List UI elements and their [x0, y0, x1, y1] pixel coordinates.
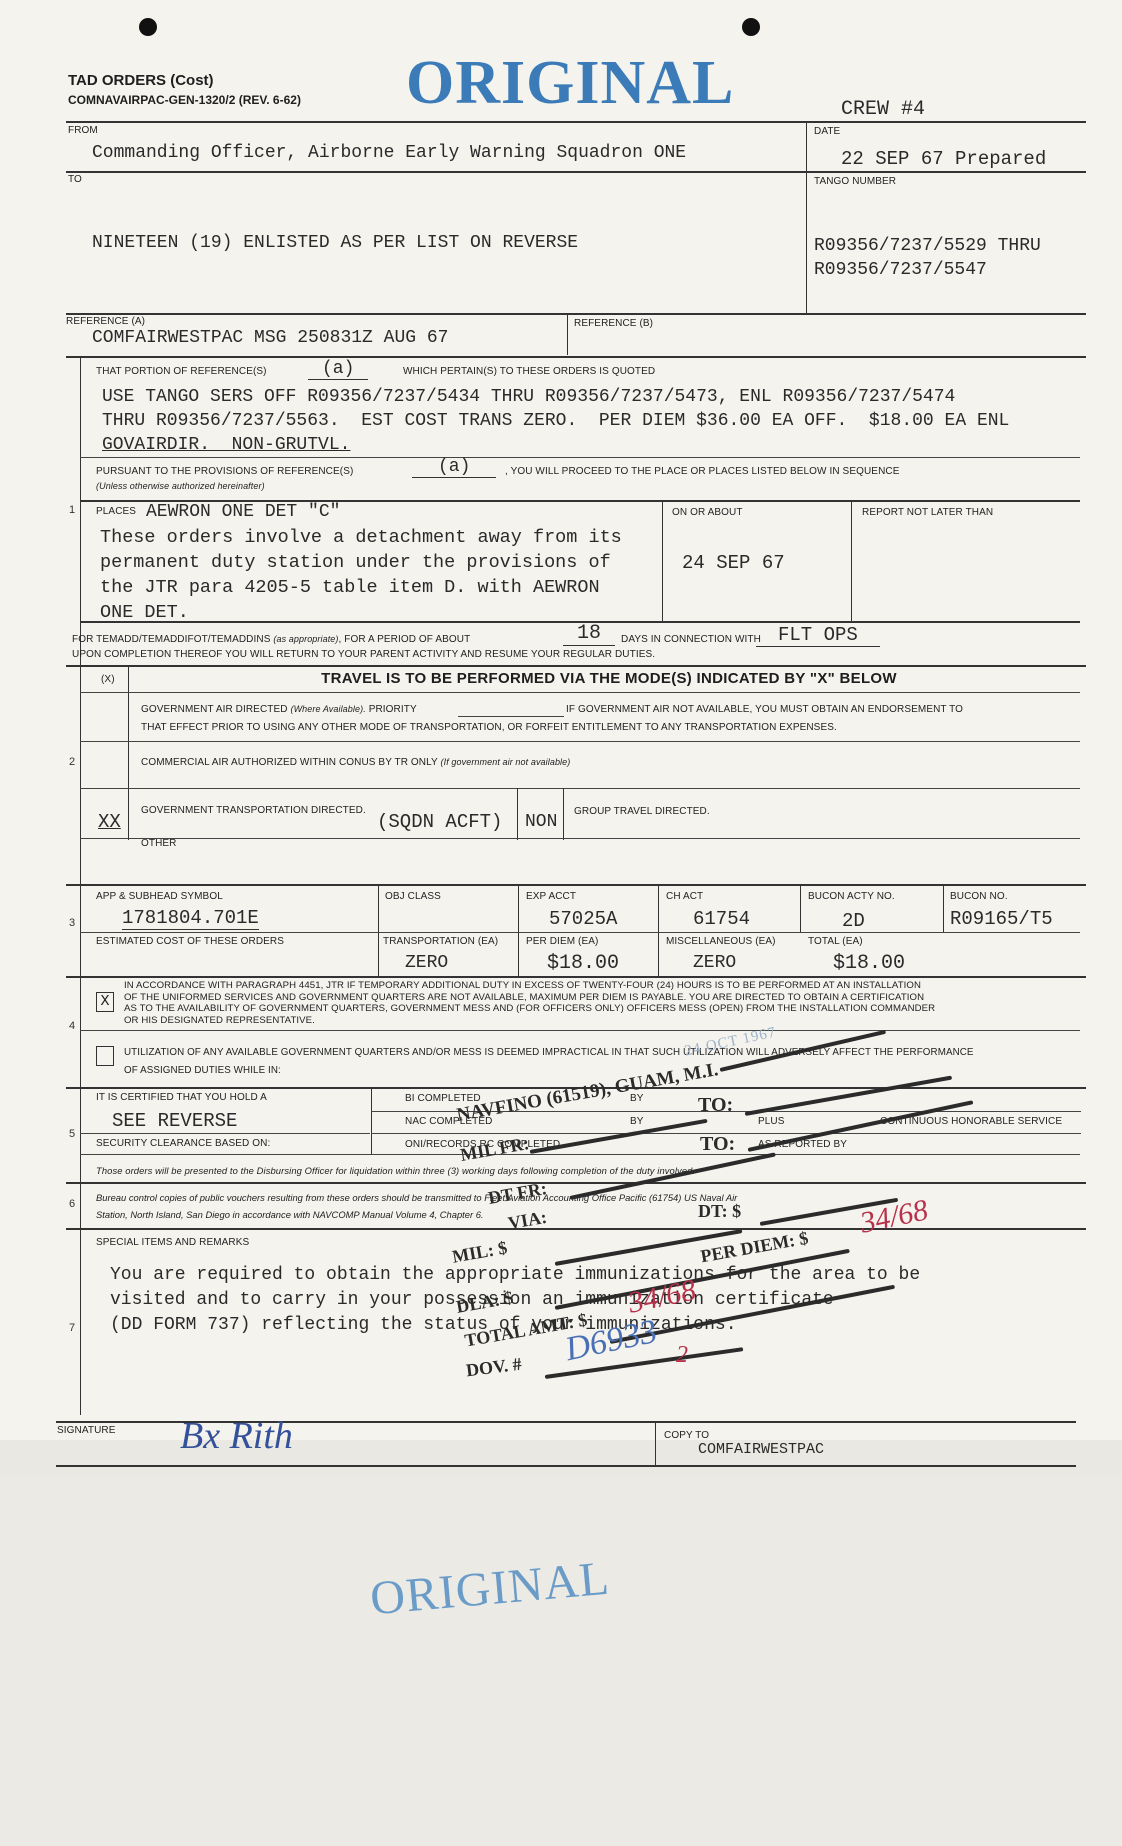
reference-b-label: REFERENCE (b) [574, 318, 653, 329]
disbursing-text: Those orders will be presented to the Di… [96, 1165, 695, 1176]
gov-air-label: GOVERNMENT AIR DIRECTED (Where Available… [141, 704, 417, 715]
quoted-line-3: GOVAIRDIR. NON-GRUTVL. [102, 435, 350, 455]
section-4-number: 4 [69, 1020, 75, 1032]
security-clearance-label: SECURITY CLEARANCE BASED ON: [96, 1138, 270, 1149]
estimated-cost-label: ESTIMATED COST OF THESE ORDERS [96, 936, 284, 947]
exp-acct-value: 57025A [549, 908, 617, 930]
total-value: $18.00 [833, 952, 905, 975]
section-6-text: Bureau control copies of public vouchers… [96, 1189, 737, 1223]
miscellaneous-value: ZERO [693, 953, 736, 973]
stamp-line [745, 1076, 953, 1116]
impractical-checkbox[interactable] [96, 1046, 114, 1066]
copy-to-label: COPY TO [664, 1430, 709, 1441]
section-6-number: 6 [69, 1198, 75, 1210]
stamp-to-2: TO: [700, 1133, 735, 1156]
transportation-label: TRANSPORTATION (ea) [383, 936, 498, 947]
non-value: NON [525, 812, 557, 832]
remarks-line-1: You are required to obtain the appropria… [110, 1265, 920, 1285]
lower-sheet: ORIGINAL [0, 1475, 1122, 1846]
gov-air-line2: THAT EFFECT PRIOR TO USING ANY OTHER MOD… [141, 722, 837, 733]
temadd-label: FOR TEMADD/TEMADDIFOT/TEMADDINS (as appr… [72, 634, 470, 645]
bucon-no-label: BUCON NO. [950, 891, 1008, 902]
per-diem-handwritten: 34/68 [857, 1193, 931, 1240]
to-value: NINETEEN (19) ENLISTED AS PER LIST ON RE… [92, 233, 578, 253]
return-text: UPON COMPLETION THEREOF YOU WILL RETURN … [72, 649, 655, 660]
connection-value: FLT OPS [756, 624, 880, 647]
quoted-line-1: USE TANGO SERS OFF R09356/7237/5434 THRU… [102, 387, 955, 407]
copy-to-value: COMFAIRWESTPAC [698, 1441, 824, 1458]
gov-transport-label: GOVERNMENT TRANSPORTATION DIRECTED. [141, 805, 366, 816]
red-mark: 2 [676, 1342, 688, 1369]
quoted-label-post: WHICH PERTAIN(S) TO THESE ORDERS IS QUOT… [403, 366, 655, 377]
per-diem-label: PER DIEM (ea) [526, 936, 598, 947]
miscellaneous-label: MISCELLANEOUS (ea) [666, 936, 776, 947]
certified-label: IT IS CERTIFIED THAT YOU HOLD A [96, 1092, 267, 1103]
places-note-line-1: These orders involve a detachment away f… [100, 527, 622, 548]
period-days: 18 [563, 622, 615, 646]
commercial-air-label: COMMERCIAL AIR AUTHORIZED WITHIN CONUS B… [141, 757, 570, 768]
punch-hole [139, 18, 157, 36]
bucon-no-value: R09165/T5 [950, 908, 1053, 930]
date-value: 22 SEP 67 Prepared [841, 148, 1046, 170]
quoted-label-pre: THAT PORTION OF REFERENCE(S) [96, 366, 267, 377]
on-or-about-value: 24 SEP 67 [682, 552, 785, 574]
section-3-number: 3 [69, 917, 75, 929]
ch-act-value: 61754 [693, 908, 750, 930]
stamp-mil: MIL: $ [451, 1237, 509, 1267]
section-5-number: 5 [69, 1128, 75, 1140]
stamp-dt: DT: $ [698, 1201, 741, 1222]
places-note-line-3: the JTR para 4205-5 table item D. with A… [100, 577, 600, 598]
app-symbol-value: 1781804.701E [122, 907, 259, 930]
reference-a-label: REFERENCE (a) [66, 316, 145, 327]
quoted-line-2: THRU R09356/7237/5563. EST COST TRANS ZE… [102, 411, 1009, 431]
signature-label: SIGNATURE [57, 1425, 116, 1436]
section-2-number: 2 [69, 756, 75, 768]
plus-label: PLUS [758, 1116, 785, 1127]
date-label: DATE [814, 126, 840, 137]
nac-by-label: BY [630, 1116, 644, 1127]
app-symbol-label: APP & SUBHEAD SYMBOL [96, 891, 223, 902]
section-1-number: 1 [69, 504, 75, 516]
total-label: TOTAL (ea) [808, 936, 863, 947]
tango-line2: R09356/7237/5547 [814, 260, 987, 280]
transportation-value: ZERO [405, 953, 448, 973]
tango-label: TANGO NUMBER [814, 176, 896, 187]
tango-line1: R09356/7237/5529 THRU [814, 236, 1041, 256]
signature-value: Bx Rith [180, 1414, 293, 1458]
original-stamp: ORIGINAL [406, 48, 734, 119]
places-note-line-4: ONE DET. [100, 602, 189, 623]
gov-transport-value: (SQDN ACFT) [377, 811, 502, 833]
max-per-diem-checkbox[interactable]: X [96, 992, 114, 1012]
places-note-line-2: permanent duty station under the provisi… [100, 552, 611, 573]
per-diem-value: $18.00 [547, 952, 619, 975]
gov-air-rest: IF GOVERNMENT AIR NOT AVAILABLE, YOU MUS… [566, 704, 963, 715]
punch-hole [742, 18, 760, 36]
from-value: Commanding Officer, Airborne Early Warni… [92, 143, 686, 163]
bucon-acty-label: BUCON ACTY NO. [808, 891, 895, 902]
stamp-to-1: TO: [698, 1094, 733, 1117]
pursuant-label-post: , YOU WILL PROCEED TO THE PLACE OR PLACE… [505, 466, 899, 477]
places-label: PLACES [96, 506, 136, 517]
stamp-dov: DOV. # [465, 1354, 523, 1382]
form-number: COMNAVAIRPAC-GEN-1320/2 (REV. 6-62) [68, 93, 301, 107]
gov-transport-mark: XX [98, 811, 121, 833]
certified-value: SEE REVERSE [112, 1110, 237, 1132]
pursuant-italic-note: (Unless otherwise authorized hereinafter… [96, 481, 265, 491]
original-stamp-bottom: ORIGINAL [368, 1551, 612, 1627]
quoted-reference: (a) [308, 359, 368, 380]
form-title: TAD ORDERS (Cost) [68, 72, 214, 89]
on-or-about-label: ON OR ABOUT [672, 507, 743, 518]
x-column-label: (x) [101, 674, 115, 685]
section-4-para-1: IN ACCORDANCE WITH PARAGRAPH 4451, JTR I… [124, 980, 935, 1026]
report-not-later-label: REPORT NOT LATER THAN [862, 507, 993, 518]
tad-orders-form: TAD ORDERS (Cost) COMNAVAIRPAC-GEN-1320/… [0, 0, 1122, 1440]
exp-acct-label: EXP ACCT [526, 891, 576, 902]
special-items-label: SPECIAL ITEMS AND REMARKS [96, 1237, 249, 1248]
section-7-number: 7 [69, 1322, 75, 1334]
ch-act-label: CH ACT [666, 891, 703, 902]
obj-class-label: OBJ CLASS [385, 891, 441, 902]
pursuant-label-pre: PURSUANT TO THE PROVISIONS OF REFERENCE(… [96, 466, 353, 477]
other-label: OTHER [141, 838, 177, 849]
travel-heading: TRAVEL IS TO BE PERFORMED VIA THE MODE(S… [129, 670, 1089, 687]
places-value: AEWRON ONE DET "C" [146, 502, 340, 522]
group-travel-label: GROUP TRAVEL DIRECTED. [574, 806, 710, 817]
to-label: TO [68, 174, 82, 185]
reference-a-value: COMFAIRWESTPAC MSG 250831Z AUG 67 [92, 328, 448, 348]
days-label: DAYS IN CONNECTION WITH [621, 634, 761, 645]
from-label: FROM [68, 125, 98, 136]
stamp-line [530, 1119, 708, 1154]
crew-number: CREW #4 [841, 98, 925, 121]
bucon-acty-value: 2D [842, 910, 865, 932]
section-4-para-2: UTILIZATION OF ANY AVAILABLE GOVERNMENT … [124, 1044, 974, 1080]
pursuant-reference: (a) [412, 457, 496, 478]
